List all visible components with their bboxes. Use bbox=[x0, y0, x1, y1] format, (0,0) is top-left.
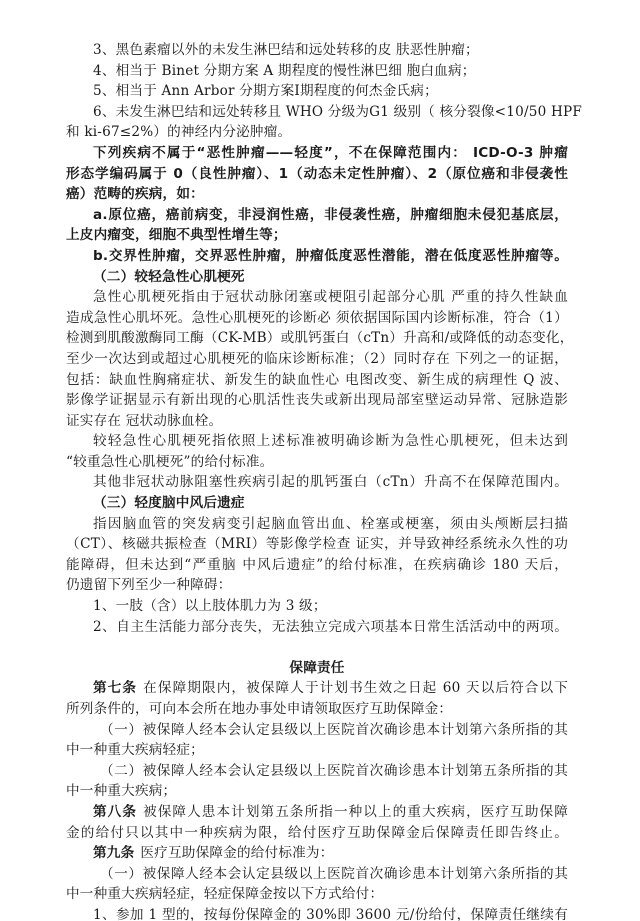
article-label: 第八条 bbox=[93, 804, 137, 820]
paragraph-line: “较重急性心肌梗死”的给付标准。 bbox=[66, 452, 568, 473]
paragraph-line: 金的给付只以其中一种疾病为限，给付医疗互助保障金后保障责任即告终止。 bbox=[66, 823, 568, 844]
document-page: 3、黑色素瘤以外的未发生淋巴结和远处转移的皮 肤恶性肿瘤；4、相当于 Binet… bbox=[66, 40, 568, 921]
paragraph-line: a.原位癌，癌前病变，非浸润性癌，非侵袭性癌，肿瘤细胞未侵犯基底层， bbox=[66, 205, 568, 226]
paragraph-line: （二）被保障人经本会认定县级以上医院首次确诊患本计划第五条所指的其 bbox=[66, 761, 568, 782]
article-text: 在保障期限内，被保障人于计划书生效之日起 60 天以后符合以下 bbox=[143, 680, 568, 696]
paragraph-line: 3、黑色素瘤以外的未发生淋巴结和远处转移的皮 肤恶性肿瘤； bbox=[66, 40, 568, 61]
paragraph-line: 和 ki-67≤2%）的神经内分泌肿瘤。 bbox=[66, 122, 568, 143]
paragraph-line: （一）被保障人经本会认定县级以上医院首次确诊患本计划第六条所指的其 bbox=[66, 864, 568, 885]
paragraph-line: 中一种重大疾病轻症，轻症保障金按以下方式给付： bbox=[66, 884, 568, 905]
paragraph-line: 能障碍，但未达到“严重脑 中风后遗症”的给付标准，在疾病确诊 180 天后， bbox=[66, 555, 568, 576]
document-body-part1: 3、黑色素瘤以外的未发生淋巴结和远处转移的皮 肤恶性肿瘤；4、相当于 Binet… bbox=[66, 40, 568, 637]
article-line: 第八条被保障人患本计划第五条所指一种以上的重大疾病，医疗互助保障 bbox=[66, 802, 568, 823]
paragraph-line: 2、自主生活能力部分丧失，无法独立完成六项基本日常生活活动中的两项。 bbox=[66, 617, 568, 638]
paragraph-line: 4、相当于 Binet 分期方案 A 期程度的慢性淋巴细 胞白血病； bbox=[66, 61, 568, 82]
paragraph-line: 1、一肢（含）以上肢体肌力为 3 级； bbox=[66, 596, 568, 617]
article-text: 医疗互助保障金的给付标准为： bbox=[140, 845, 333, 861]
document-body-part2: 第七条在保障期限内，被保障人于计划书生效之日起 60 天以后符合以下所列条件的，… bbox=[66, 678, 568, 921]
spacer bbox=[66, 637, 568, 658]
paragraph-line: 上皮内瘤变，细胞不典型性增生等； bbox=[66, 225, 568, 246]
paragraph-line: 中一种重大疾病轻症； bbox=[66, 740, 568, 761]
section-heading: （三）轻度脑中风后遗症 bbox=[66, 493, 568, 514]
paragraph-line: 所列条件的，可向本会所在地办事处申请领取医疗互助保障金： bbox=[66, 699, 568, 720]
article-line: 第七条在保障期限内，被保障人于计划书生效之日起 60 天以后符合以下 bbox=[66, 678, 568, 699]
paragraph-line: 6、未发生淋巴结和远处转移且 WHO 分级为G1 级别（ 核分裂像<10/50 … bbox=[66, 102, 568, 123]
paragraph-line: 较轻急性心肌梗死指依照上述标准被明确诊断为急性心肌梗死，但未达到 bbox=[66, 431, 568, 452]
paragraph-line: 1、参加 1 型的，按每份保障金的 30%即 3600 元/份给付，保障责任继续… bbox=[66, 905, 568, 921]
paragraph-line: 下列疾病不属于“恶性肿瘤——轻度”，不在保障范围内： ICD-O-3 肿瘤 bbox=[66, 143, 568, 164]
paragraph-line: （CT）、核磁共振检查（MRI）等影像学检查 证实，并导致神经系统永久性的功 bbox=[66, 534, 568, 555]
paragraph-line: 仍遗留下列至少一种障碍： bbox=[66, 575, 568, 596]
paragraph-line: 5、相当于 Ann Arbor 分期方案Ⅰ期程度的何杰金氏病； bbox=[66, 81, 568, 102]
paragraph-line: b.交界性肿瘤，交界恶性肿瘤，肿瘤低度恶性潜能，潜在低度恶性肿瘤等。 bbox=[66, 246, 568, 267]
article-label: 第七条 bbox=[93, 680, 137, 696]
paragraph-line: 包括：缺血性胸痛症状、新发生的缺血性心 电图改变、新生成的病理性 Q 波、 bbox=[66, 370, 568, 391]
paragraph-line: （一）被保障人经本会认定县级以上医院首次确诊患本计划第六条所指的其 bbox=[66, 720, 568, 741]
paragraph-line: 指因脑血管的突发病变引起脑血管出血、栓塞或梗塞，须由头颅断层扫描 bbox=[66, 514, 568, 535]
article-text: 被保障人患本计划第五条所指一种以上的重大疾病，医疗互助保障 bbox=[143, 804, 568, 820]
article-line: 第九条医疗互助保障金的给付标准为： bbox=[66, 843, 568, 864]
paragraph-line: 证实存在 冠状动脉血栓。 bbox=[66, 411, 568, 432]
paragraph-line: 检测到肌酸激酶同工酶（CK-MB）或肌钙蛋白（cTn）升高和/或降低的动态变化， bbox=[66, 328, 568, 349]
paragraph-line: 其他非冠状动脉阻塞性疾病引起的肌钙蛋白（cTn）升高不在保障范围内。 bbox=[66, 472, 568, 493]
paragraph-line: 癌）范畴的疾病，如： bbox=[66, 184, 568, 205]
paragraph-line: 中一种重大疾病； bbox=[66, 781, 568, 802]
paragraph-line: 至少一次达到或超过心肌梗死的临床诊断标准；（2）同时存在 下列之一的证据， bbox=[66, 349, 568, 370]
section-title: 保障责任 bbox=[66, 658, 568, 679]
paragraph-line: 形态学编码属于 0（良性肿瘤）、1（动态未定性肿瘤）、2（原位癌和非侵袭性 bbox=[66, 164, 568, 185]
article-label: 第九条 bbox=[93, 845, 134, 861]
section-heading: （二）较轻急性心肌梗死 bbox=[66, 267, 568, 288]
paragraph-line: 造成急性心肌坏死。急性心肌梗死的诊断必 须依据国际国内诊断标准，符合（1） bbox=[66, 308, 568, 329]
paragraph-line: 影像学证据显示有新出现的心肌活性丧失或新出现局部室壁运动异常、冠脉造影 bbox=[66, 390, 568, 411]
paragraph-line: 急性心肌梗死指由于冠状动脉闭塞或梗阻引起部分心肌 严重的持久性缺血 bbox=[66, 287, 568, 308]
